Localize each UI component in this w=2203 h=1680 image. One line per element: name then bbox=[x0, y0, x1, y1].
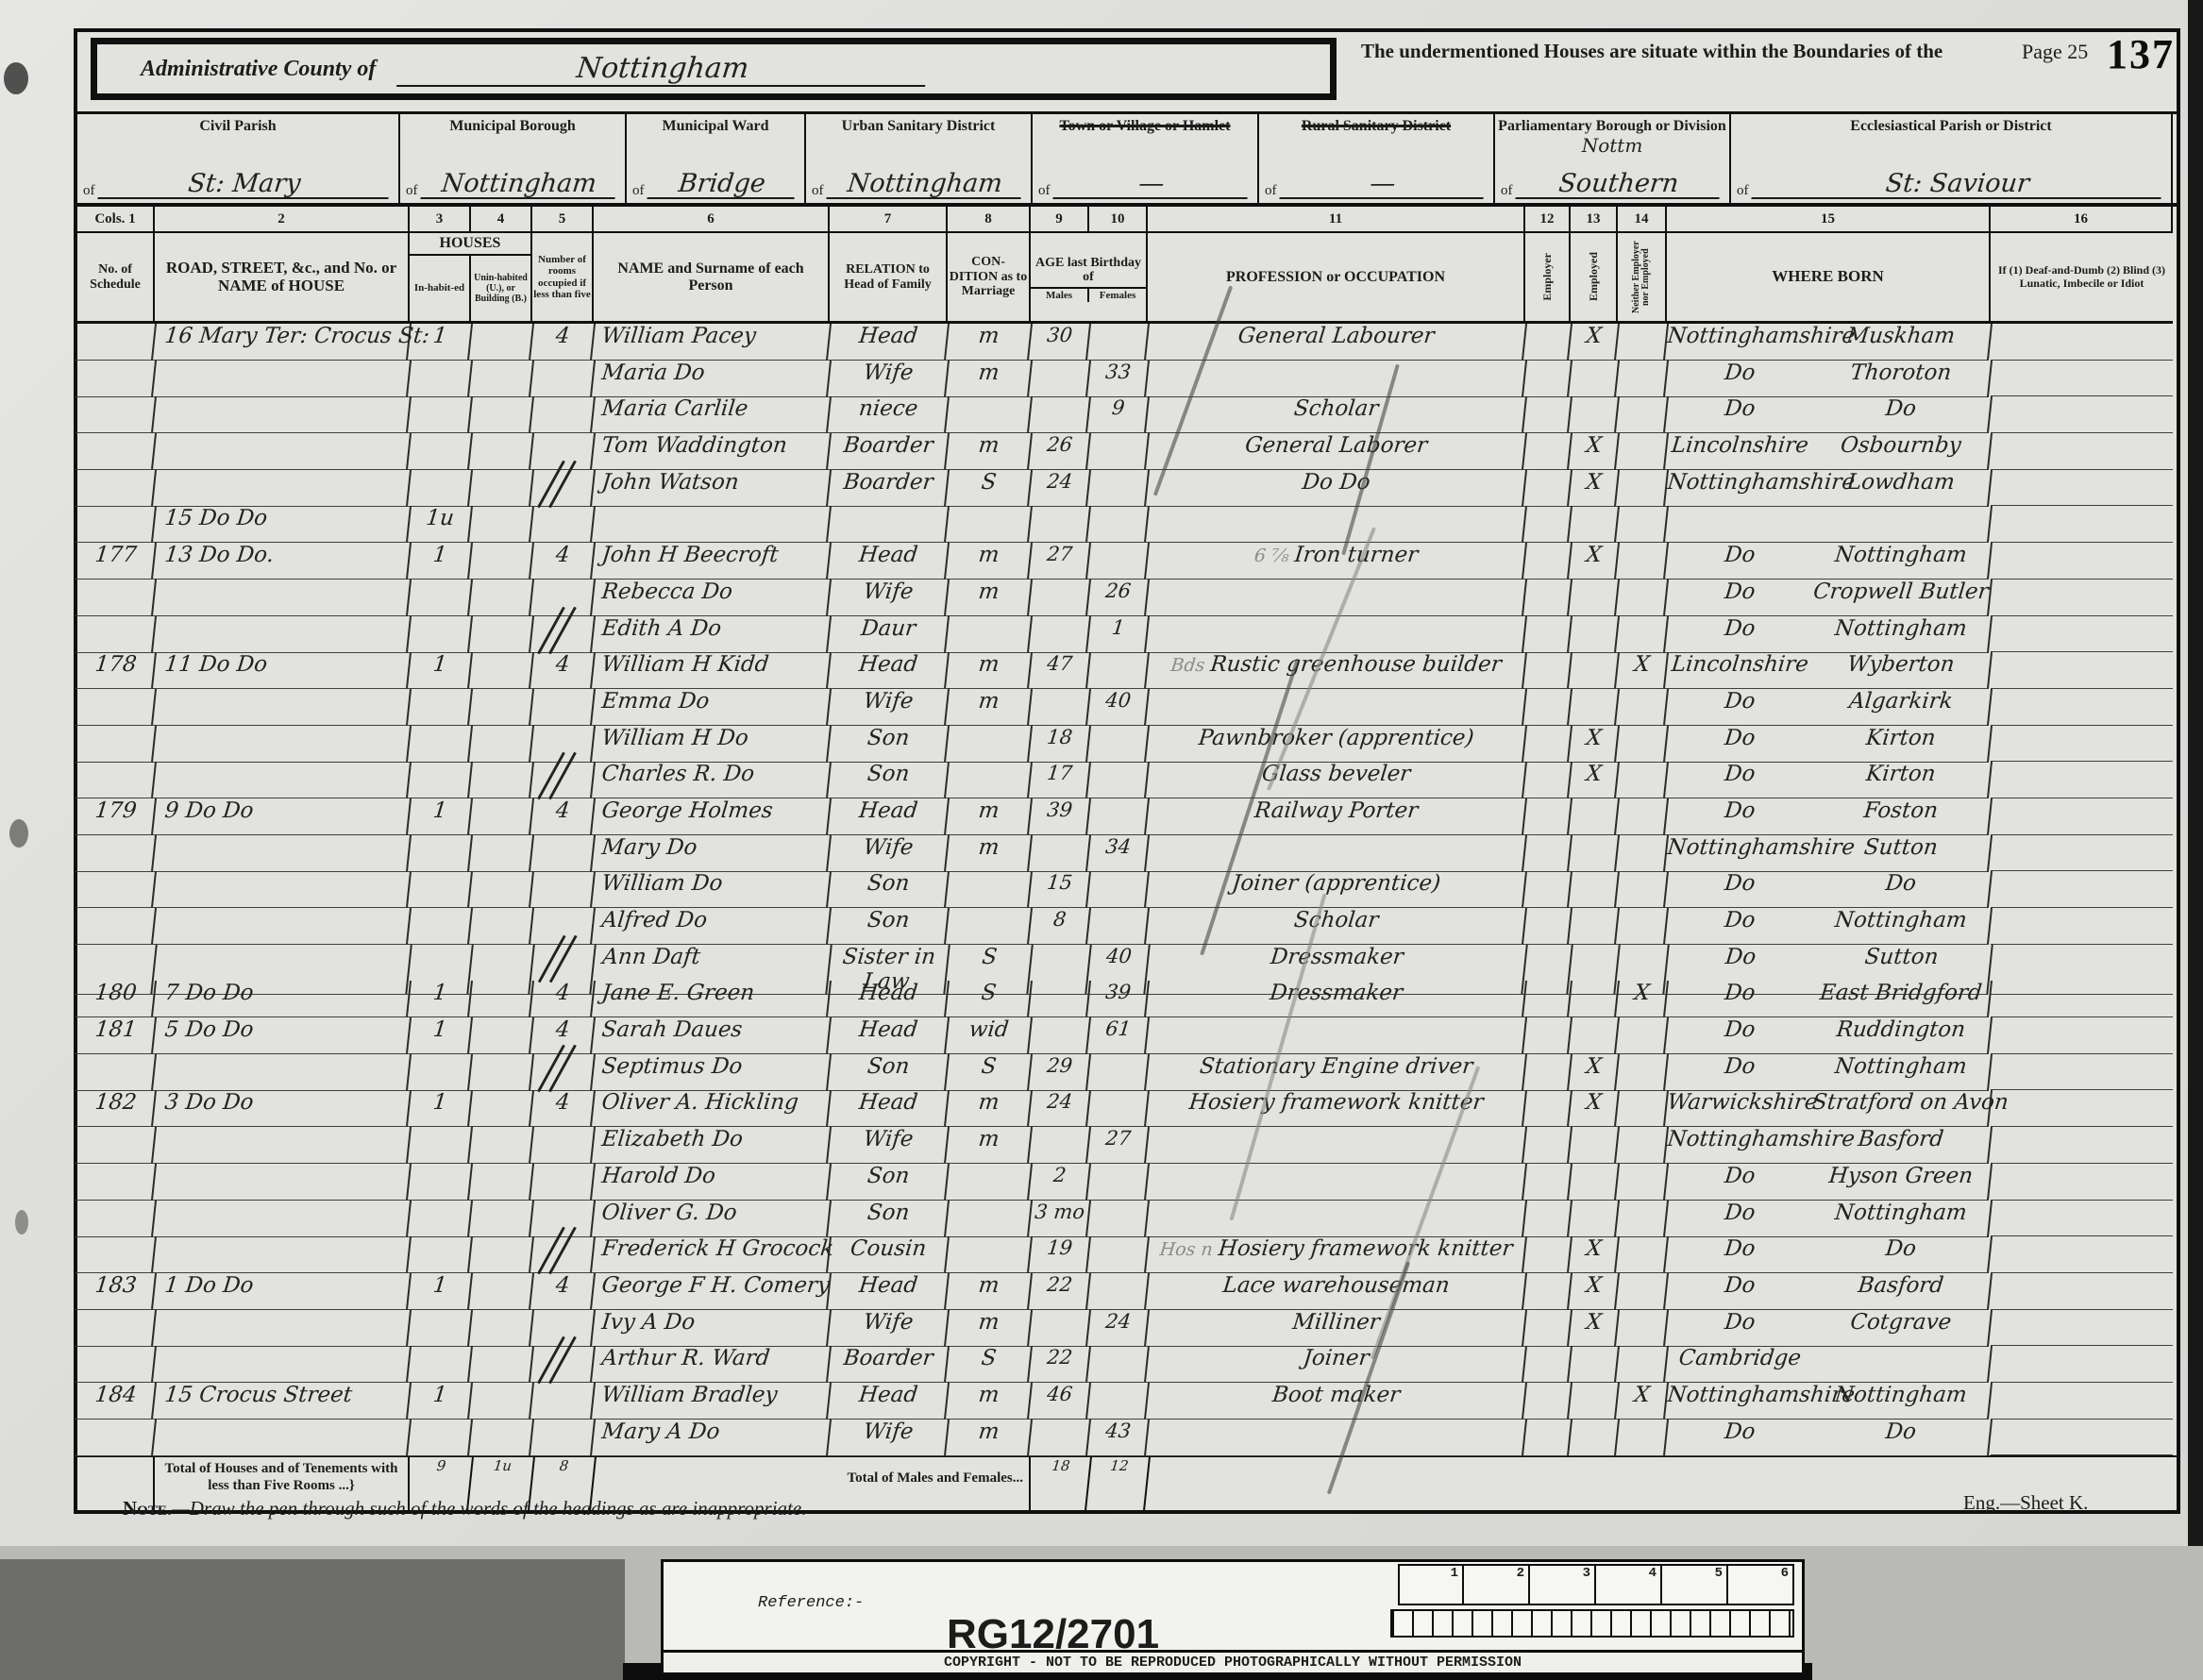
cell-address bbox=[153, 1054, 412, 1091]
cell-inhabited bbox=[408, 1236, 473, 1273]
cell-uninhabited bbox=[469, 1201, 534, 1237]
table-row: John Watson Boarder S 24 Do Do X Notting… bbox=[77, 470, 2177, 507]
cell-infirmity bbox=[1991, 1090, 2173, 1127]
cell-age-female bbox=[1087, 470, 1150, 507]
cell-name: Alfred Do bbox=[592, 908, 832, 945]
table-row: Emma Do Wife m 40 DoAlgarkirk bbox=[77, 689, 2177, 726]
cell-name: Septimus Do bbox=[592, 1054, 832, 1091]
cell-age-female: 61 bbox=[1087, 1017, 1150, 1054]
cell-where-born: NottinghamshireSutton bbox=[1665, 835, 1993, 872]
cell-relation: Head bbox=[828, 324, 950, 361]
cell-rooms bbox=[530, 1201, 596, 1237]
district-label-handwritten: Nottm bbox=[1582, 134, 1643, 157]
cell-occupation: Hosiery framework knitter bbox=[1146, 1090, 1527, 1127]
cell-where-born: DoNottingham bbox=[1665, 1201, 1993, 1237]
of-label: of bbox=[1038, 183, 1051, 199]
cell-occupation: Railway Porter bbox=[1146, 798, 1527, 835]
cell-uninhabited bbox=[469, 1017, 534, 1054]
cell-rooms bbox=[530, 1127, 596, 1164]
cell-schedule: 179 bbox=[76, 798, 157, 835]
cell-age-male: 29 bbox=[1029, 1054, 1091, 1091]
cell-relation: Son bbox=[828, 1201, 950, 1237]
cell-age-male bbox=[1029, 1127, 1091, 1164]
cell-address: 9 Do Do bbox=[153, 798, 412, 835]
cell-age-male: 27 bbox=[1029, 543, 1091, 580]
cell-name: William H Kidd bbox=[592, 652, 832, 689]
cell-age-female bbox=[1087, 871, 1150, 908]
table-row: Mary A Do Wife m 43 DoDo bbox=[77, 1420, 2177, 1456]
table-row: 16 Mary Ter: Crocus St: 1 4 William Pace… bbox=[77, 324, 2177, 361]
cell-neither bbox=[1616, 1420, 1669, 1456]
cell-rooms bbox=[530, 908, 596, 945]
cell-infirmity bbox=[1991, 324, 2173, 361]
cell-name: George F H. Comery bbox=[592, 1273, 832, 1310]
cell-schedule bbox=[76, 1310, 157, 1347]
col-num-12: 12 bbox=[1525, 207, 1571, 233]
cell-age-male: 39 bbox=[1029, 798, 1091, 835]
cell-relation: Son bbox=[828, 762, 950, 798]
district-label: Municipal Borough bbox=[449, 118, 576, 134]
cell-employed bbox=[1569, 361, 1620, 397]
cell-occupation bbox=[1146, 580, 1527, 616]
cell-employer bbox=[1523, 580, 1572, 616]
county-value-handwritten: Nottingham bbox=[396, 52, 929, 87]
cell-address: 11 Do Do bbox=[153, 652, 412, 689]
cell-employer bbox=[1523, 871, 1572, 908]
cell-inhabited: 1 bbox=[408, 652, 473, 689]
cell-condition bbox=[946, 762, 1033, 798]
cell-inhabited bbox=[408, 616, 473, 653]
cell-age-male: 18 bbox=[1029, 726, 1091, 763]
cell-age-male: 26 bbox=[1029, 433, 1091, 470]
table-row: Ivy A Do Wife m 24 Milliner X DoCotgrave bbox=[77, 1310, 2177, 1347]
cell-rooms bbox=[530, 1236, 596, 1273]
header-males: Males bbox=[1031, 289, 1089, 302]
cell-address bbox=[153, 835, 412, 872]
cell-schedule bbox=[76, 1164, 157, 1201]
cell-where-born: NottinghamshireLowdham bbox=[1665, 470, 1993, 507]
cell-name: Arthur R. Ward bbox=[592, 1346, 832, 1383]
district-box: Parliamentary Borough or Division Nottm … bbox=[1495, 114, 1731, 203]
cell-age-female: 27 bbox=[1087, 1127, 1150, 1164]
cell-employer bbox=[1523, 1420, 1572, 1456]
col-num-6: 6 bbox=[594, 207, 830, 233]
cell-inhabited bbox=[408, 1310, 473, 1347]
cell-rooms bbox=[530, 1420, 596, 1456]
cell-employer bbox=[1523, 726, 1572, 763]
cell-schedule bbox=[76, 506, 157, 543]
cell-age-female: 9 bbox=[1087, 396, 1150, 433]
cell-rooms: 4 bbox=[530, 1090, 596, 1127]
col-num-9: 9 bbox=[1031, 207, 1089, 233]
cell-employer bbox=[1523, 396, 1572, 433]
cell-employer bbox=[1523, 1273, 1572, 1310]
cell-uninhabited bbox=[469, 1164, 534, 1201]
cell-where-born: NottinghamshireBasford bbox=[1665, 1127, 1993, 1164]
district-value-handwritten: Southern bbox=[1515, 171, 1722, 199]
cell-age-male: 46 bbox=[1029, 1383, 1091, 1420]
cell-inhabited bbox=[408, 470, 473, 507]
cell-age-male bbox=[1029, 1310, 1091, 1347]
cell-age-male bbox=[1029, 616, 1091, 653]
cell-age-female bbox=[1087, 506, 1150, 543]
cell-inhabited: 1 bbox=[408, 798, 473, 835]
cell-where-born: LincolnshireOsbournby bbox=[1665, 433, 1993, 470]
cell-employed bbox=[1569, 1017, 1620, 1054]
cell-schedule bbox=[76, 1054, 157, 1091]
cell-uninhabited bbox=[469, 361, 534, 397]
cell-where-born: DoNottingham bbox=[1665, 1054, 1993, 1091]
cell-employed: X bbox=[1569, 1054, 1620, 1091]
cell-where-born: WarwickshireStratford on Avon bbox=[1665, 1090, 1993, 1127]
cell-address bbox=[153, 1127, 412, 1164]
col-num-8: 8 bbox=[948, 207, 1031, 233]
cell-name: Maria Do bbox=[592, 361, 832, 397]
cell-name: Charles R. Do bbox=[592, 762, 832, 798]
cell-age-female bbox=[1087, 543, 1150, 580]
cell-infirmity bbox=[1991, 908, 2173, 945]
cell-relation: Head bbox=[828, 1090, 950, 1127]
cell-neither bbox=[1616, 470, 1669, 507]
cell-condition bbox=[946, 871, 1033, 908]
table-row: 178 11 Do Do 1 4 William H Kidd Head m 4… bbox=[77, 652, 2177, 689]
col-num-2: 2 bbox=[155, 207, 410, 233]
cell-inhabited: 1 bbox=[408, 543, 473, 580]
cell-infirmity bbox=[1991, 506, 2173, 543]
cell-schedule bbox=[76, 726, 157, 763]
cell-name: William H Do bbox=[592, 726, 832, 763]
cell-age-female bbox=[1087, 1090, 1150, 1127]
reference-label: Reference:- bbox=[758, 1594, 864, 1612]
census-form: Administrative County of Nottingham The … bbox=[74, 28, 2180, 1514]
cell-schedule bbox=[76, 871, 157, 908]
cell-schedule: 181 bbox=[76, 1017, 157, 1054]
cell-inhabited bbox=[408, 689, 473, 726]
header-inhabited: In-habit-ed bbox=[410, 256, 471, 321]
district-value-handwritten: Nottingham bbox=[420, 171, 617, 199]
cell-infirmity bbox=[1991, 1127, 2173, 1164]
cell-rooms bbox=[530, 835, 596, 872]
cell-occupation bbox=[1146, 689, 1527, 726]
header-where-born: WHERE BORN bbox=[1667, 233, 1991, 324]
cell-name: Sarah Daues bbox=[592, 1017, 832, 1054]
table-row: 181 5 Do Do 1 4 Sarah Daues Head wid 61 … bbox=[77, 1017, 2177, 1054]
cell-age-male: 15 bbox=[1029, 871, 1091, 908]
cell-relation: Wife bbox=[828, 580, 950, 616]
cell-occupation: 6 ⅞Iron turner bbox=[1146, 543, 1527, 580]
cell-uninhabited bbox=[469, 1383, 534, 1420]
cell-neither bbox=[1616, 1127, 1669, 1164]
cell-employer bbox=[1523, 1201, 1572, 1237]
cell-schedule bbox=[76, 689, 157, 726]
cell-inhabited bbox=[408, 1127, 473, 1164]
cell-uninhabited bbox=[469, 835, 534, 872]
cell-where-born: DoKirton bbox=[1665, 726, 1993, 763]
cell-age-female bbox=[1087, 1346, 1150, 1383]
cell-employer bbox=[1523, 908, 1572, 945]
ink-blot bbox=[15, 1210, 28, 1235]
cell-age-male: 2 bbox=[1029, 1164, 1091, 1201]
cell-occupation: Boot maker bbox=[1146, 1383, 1527, 1420]
cell-name: John Watson bbox=[592, 470, 832, 507]
ruler-ticks bbox=[1390, 1609, 1794, 1638]
cell-address bbox=[153, 1201, 412, 1237]
table-row: 177 13 Do Do. 1 4 John H Beecroft Head m… bbox=[77, 543, 2177, 580]
district-label: Civil Parish bbox=[199, 118, 276, 134]
cell-age-male bbox=[1029, 689, 1091, 726]
cell-where-born: Cambridge bbox=[1665, 1346, 1993, 1383]
cell-where-born: DoCotgrave bbox=[1665, 1310, 1993, 1347]
table-body: 16 Mary Ter: Crocus St: 1 4 William Pace… bbox=[77, 324, 2177, 1455]
cell-condition bbox=[946, 396, 1033, 433]
cell-name: Elizabeth Do bbox=[592, 1127, 832, 1164]
cell-employed bbox=[1569, 1346, 1620, 1383]
cell-inhabited bbox=[408, 433, 473, 470]
county-label: Administrative County of bbox=[141, 57, 376, 82]
cell-occupation bbox=[1146, 506, 1527, 543]
cell-rooms bbox=[530, 1383, 596, 1420]
cell-infirmity bbox=[1991, 580, 2173, 616]
cell-employed bbox=[1569, 1164, 1620, 1201]
district-label: Town or Village or Hamlet bbox=[1059, 118, 1230, 134]
cell-schedule bbox=[76, 1236, 157, 1273]
cell-employed bbox=[1569, 396, 1620, 433]
cell-address bbox=[153, 361, 412, 397]
district-label: Parliamentary Borough or Division bbox=[1498, 118, 1726, 134]
cell-address: 7 Do Do bbox=[153, 981, 412, 1017]
ruler-scale: 123456 bbox=[1398, 1564, 1794, 1605]
cell-employer bbox=[1523, 689, 1572, 726]
cell-age-male bbox=[1029, 361, 1091, 397]
cell-inhabited bbox=[408, 762, 473, 798]
cell-infirmity bbox=[1991, 1017, 2173, 1054]
cell-infirmity bbox=[1991, 798, 2173, 835]
cell-address bbox=[153, 616, 412, 653]
cell-neither bbox=[1616, 361, 1669, 397]
cell-neither bbox=[1616, 1346, 1669, 1383]
cell-age-male: 22 bbox=[1029, 1273, 1091, 1310]
cell-uninhabited bbox=[469, 433, 534, 470]
cell-uninhabited bbox=[469, 798, 534, 835]
cell-age-female bbox=[1087, 762, 1150, 798]
of-label: of bbox=[812, 183, 824, 199]
cell-occupation: Dressmaker bbox=[1146, 981, 1527, 1017]
cell-condition: wid bbox=[946, 1017, 1033, 1054]
cell-name: William Do bbox=[592, 871, 832, 908]
cell-schedule bbox=[76, 1346, 157, 1383]
cell-relation: Wife bbox=[828, 1420, 950, 1456]
totals-females: 12 bbox=[1086, 1457, 1151, 1510]
cell-where-born bbox=[1665, 506, 1993, 543]
col-num-1: Cols. 1 bbox=[77, 207, 155, 233]
col-num-15: 15 bbox=[1667, 207, 1991, 233]
cell-age-female bbox=[1087, 1236, 1150, 1273]
cell-address: 15 Crocus Street bbox=[153, 1383, 412, 1420]
cell-rooms bbox=[530, 1054, 596, 1091]
district-box: Ecclesiastical Parish or District of St:… bbox=[1731, 114, 2173, 203]
cell-where-born: DoHyson Green bbox=[1665, 1164, 1993, 1201]
cell-infirmity bbox=[1991, 835, 2173, 872]
cell-infirmity bbox=[1991, 543, 2173, 580]
cell-uninhabited bbox=[469, 1090, 534, 1127]
cell-condition: m bbox=[946, 543, 1033, 580]
cell-uninhabited bbox=[469, 1346, 534, 1383]
district-box: Urban Sanitary District of Nottingham bbox=[806, 114, 1033, 203]
cell-rooms bbox=[530, 616, 596, 653]
census-scan-page: { "header": { "county_label": "Administr… bbox=[0, 0, 2203, 1680]
cell-employed: X bbox=[1569, 762, 1620, 798]
cell-age-male: 8 bbox=[1029, 908, 1091, 945]
cell-occupation: Glass beveler bbox=[1146, 762, 1527, 798]
cell-relation: Head bbox=[828, 1017, 950, 1054]
cell-employed: X bbox=[1569, 1090, 1620, 1127]
cell-uninhabited bbox=[469, 1054, 534, 1091]
table-row: Elizabeth Do Wife m 27 NottinghamshireBa… bbox=[77, 1127, 2177, 1164]
header-condition: CON-DITION as to Marriage bbox=[948, 233, 1031, 324]
copyright-notice: COPYRIGHT - NOT TO BE REPRODUCED PHOTOGR… bbox=[664, 1650, 1802, 1672]
cell-employer bbox=[1523, 1346, 1572, 1383]
cell-address bbox=[153, 1236, 412, 1273]
cell-where-born: DoDo bbox=[1665, 1236, 1993, 1273]
cell-uninhabited bbox=[469, 871, 534, 908]
cell-employed bbox=[1569, 1420, 1620, 1456]
cell-inhabited: 1 bbox=[408, 981, 473, 1017]
cell-where-born: DoCropwell Butler bbox=[1665, 580, 1993, 616]
cell-age-female: 34 bbox=[1087, 835, 1150, 872]
cell-relation: Boarder bbox=[828, 1346, 950, 1383]
cell-neither bbox=[1616, 506, 1669, 543]
table-row: Maria Do Wife m 33 DoThoroton bbox=[77, 361, 2177, 397]
cell-employer bbox=[1523, 506, 1572, 543]
cell-occupation: Joiner (apprentice) bbox=[1146, 871, 1527, 908]
table-row: 15 Do Do 1u bbox=[77, 506, 2177, 543]
of-label: of bbox=[83, 183, 95, 199]
ruler-cell: 5 bbox=[1662, 1564, 1728, 1605]
cell-relation: Boarder bbox=[828, 433, 950, 470]
cell-employed: X bbox=[1569, 324, 1620, 361]
cell-condition bbox=[946, 726, 1033, 763]
ruler-cell: 4 bbox=[1596, 1564, 1662, 1605]
cell-uninhabited bbox=[469, 981, 534, 1017]
cell-inhabited bbox=[408, 1164, 473, 1201]
cell-where-born: DoNottingham bbox=[1665, 616, 1993, 653]
cell-employed bbox=[1569, 981, 1620, 1017]
cell-employer bbox=[1523, 652, 1572, 689]
col-num-5: 5 bbox=[532, 207, 594, 233]
cell-schedule: 177 bbox=[76, 543, 157, 580]
cell-occupation bbox=[1146, 1164, 1527, 1201]
cell-age-male: 19 bbox=[1029, 1236, 1091, 1273]
cell-uninhabited bbox=[469, 908, 534, 945]
cell-address bbox=[153, 1346, 412, 1383]
cell-infirmity bbox=[1991, 1054, 2173, 1091]
col-num-10: 10 bbox=[1089, 207, 1148, 233]
district-box: Town or Village or Hamlet of — bbox=[1033, 114, 1259, 203]
table-row: Mary Do Wife m 34 NottinghamshireSutton bbox=[77, 835, 2177, 872]
cell-condition: m bbox=[946, 652, 1033, 689]
cell-age-female bbox=[1087, 1201, 1150, 1237]
header-occupation: PROFESSION or OCCUPATION bbox=[1148, 233, 1525, 324]
cell-infirmity bbox=[1991, 689, 2173, 726]
cell-employer bbox=[1523, 433, 1572, 470]
cell-age-female bbox=[1087, 1054, 1150, 1091]
cell-inhabited: 1 bbox=[408, 324, 473, 361]
cell-rooms bbox=[530, 580, 596, 616]
cell-rooms bbox=[530, 689, 596, 726]
table-row: William H Do Son 18 Pawnbroker (apprenti… bbox=[77, 726, 2177, 763]
cell-address bbox=[153, 1420, 412, 1456]
cell-relation: Daur bbox=[828, 616, 950, 653]
cell-where-born: DoFoston bbox=[1665, 798, 1993, 835]
cell-where-born: DoKirton bbox=[1665, 762, 1993, 798]
cell-inhabited bbox=[408, 1346, 473, 1383]
cell-condition: m bbox=[946, 324, 1033, 361]
cell-occupation: General Laborer bbox=[1146, 433, 1527, 470]
cell-name bbox=[592, 506, 832, 543]
cell-rooms: 4 bbox=[530, 798, 596, 835]
cell-relation: Son bbox=[828, 871, 950, 908]
cell-rooms bbox=[530, 871, 596, 908]
table-row: Alfred Do Son 8 Scholar DoNottingham bbox=[77, 908, 2177, 945]
cell-employed bbox=[1569, 689, 1620, 726]
cell-occupation: Hos nHosiery framework knitter bbox=[1146, 1236, 1527, 1273]
cell-where-born: DoThoroton bbox=[1665, 361, 1993, 397]
cell-infirmity bbox=[1991, 361, 2173, 397]
cell-uninhabited bbox=[469, 470, 534, 507]
cell-inhabited bbox=[408, 396, 473, 433]
district-value-handwritten: St: Saviour bbox=[1751, 171, 2163, 199]
cell-uninhabited bbox=[469, 652, 534, 689]
cell-condition bbox=[946, 1201, 1033, 1237]
cell-infirmity bbox=[1991, 762, 2173, 798]
cell-inhabited bbox=[408, 726, 473, 763]
cell-address: 5 Do Do bbox=[153, 1017, 412, 1054]
cell-employer bbox=[1523, 1236, 1572, 1273]
cell-uninhabited bbox=[469, 762, 534, 798]
cell-employer bbox=[1523, 798, 1572, 835]
cell-relation: Head bbox=[828, 543, 950, 580]
folio-stamp: 137 bbox=[2107, 30, 2175, 78]
cell-name: Emma Do bbox=[592, 689, 832, 726]
cell-occupation: Joiner bbox=[1146, 1346, 1527, 1383]
cell-address bbox=[153, 396, 412, 433]
cell-infirmity bbox=[1991, 1164, 2173, 1201]
cell-relation: Wife bbox=[828, 835, 950, 872]
table-row: Arthur R. Ward Boarder S 22 Joiner Cambr… bbox=[77, 1346, 2177, 1383]
of-label: of bbox=[1501, 183, 1513, 199]
cell-employed: X bbox=[1569, 433, 1620, 470]
cell-neither bbox=[1616, 689, 1669, 726]
cell-relation: Cousin bbox=[828, 1236, 950, 1273]
cell-name: William Pacey bbox=[592, 324, 832, 361]
cell-address: 1 Do Do bbox=[153, 1273, 412, 1310]
houses-title: HOUSES bbox=[410, 233, 530, 252]
cell-name: Harold Do bbox=[592, 1164, 832, 1201]
cell-name: Oliver G. Do bbox=[592, 1201, 832, 1237]
cell-condition: m bbox=[946, 1383, 1033, 1420]
cell-neither: X bbox=[1616, 652, 1669, 689]
cell-condition: S bbox=[946, 1054, 1033, 1091]
table-row: 180 7 Do Do 1 4 Jane E. Green Head S 39 … bbox=[77, 981, 2177, 1017]
cell-address: 16 Mary Ter: Crocus St: bbox=[153, 324, 412, 361]
cell-where-born: DoNottingham bbox=[1665, 908, 1993, 945]
cell-rooms: 4 bbox=[530, 1017, 596, 1054]
cell-age-male: 47 bbox=[1029, 652, 1091, 689]
cell-inhabited bbox=[408, 835, 473, 872]
cell-employed bbox=[1569, 506, 1620, 543]
table-row: Maria Carlile niece 9 Scholar DoDo bbox=[77, 396, 2177, 433]
cell-uninhabited bbox=[469, 396, 534, 433]
